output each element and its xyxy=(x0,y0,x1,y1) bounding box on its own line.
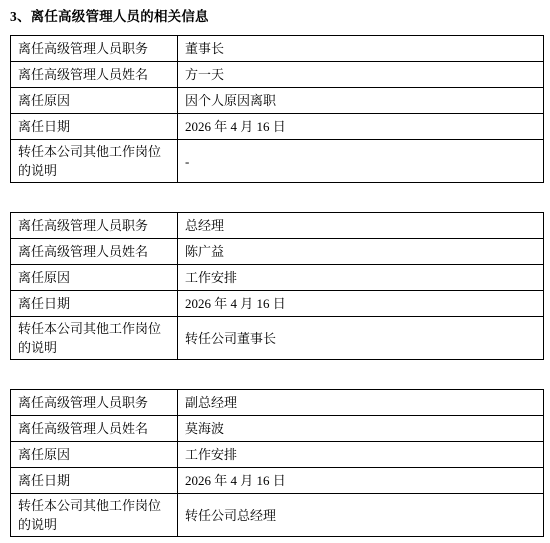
row-value: 莫海波 xyxy=(178,416,544,442)
row-value: 工作安排 xyxy=(178,442,544,468)
table-row: 离任日期 2026 年 4 月 16 日 xyxy=(11,291,544,317)
table-row: 离任高级管理人员姓名 陈广益 xyxy=(11,239,544,265)
table-row: 离任原因 因个人原因离职 xyxy=(11,88,544,114)
row-label: 离任原因 xyxy=(11,265,178,291)
section-title: 3、离任高级管理人员的相关信息 xyxy=(10,8,543,25)
row-value: 陈广益 xyxy=(178,239,544,265)
document-page: 3、离任高级管理人员的相关信息 离任高级管理人员职务 董事长 离任高级管理人员姓… xyxy=(0,0,550,537)
row-value: 转任公司总经理 xyxy=(178,494,544,537)
row-label: 离任高级管理人员姓名 xyxy=(11,62,178,88)
row-label: 离任高级管理人员职务 xyxy=(11,213,178,239)
row-value: 2026 年 4 月 16 日 xyxy=(178,468,544,494)
row-value: 2026 年 4 月 16 日 xyxy=(178,114,544,140)
row-label: 离任日期 xyxy=(11,114,178,140)
row-label: 离任原因 xyxy=(11,88,178,114)
row-label: 离任高级管理人员职务 xyxy=(11,36,178,62)
row-label: 离任日期 xyxy=(11,468,178,494)
table-row: 转任本公司其他工作岗位的说明 - xyxy=(11,140,544,183)
table-row: 离任原因 工作安排 xyxy=(11,265,544,291)
table-row: 转任本公司其他工作岗位的说明 转任公司总经理 xyxy=(11,494,544,537)
table-row: 离任原因 工作安排 xyxy=(11,442,544,468)
row-value: 董事长 xyxy=(178,36,544,62)
departure-info-table-3: 离任高级管理人员职务 副总经理 离任高级管理人员姓名 莫海波 离任原因 工作安排… xyxy=(10,389,544,537)
departure-info-table-1: 离任高级管理人员职务 董事长 离任高级管理人员姓名 方一天 离任原因 因个人原因… xyxy=(10,35,544,183)
row-label: 离任原因 xyxy=(11,442,178,468)
row-value: 副总经理 xyxy=(178,390,544,416)
table-row: 离任日期 2026 年 4 月 16 日 xyxy=(11,468,544,494)
table-row: 离任高级管理人员职务 总经理 xyxy=(11,213,544,239)
row-value: 工作安排 xyxy=(178,265,544,291)
table-row: 离任日期 2026 年 4 月 16 日 xyxy=(11,114,544,140)
row-label: 转任本公司其他工作岗位的说明 xyxy=(11,140,178,183)
row-label: 离任日期 xyxy=(11,291,178,317)
row-value: 2026 年 4 月 16 日 xyxy=(178,291,544,317)
row-value: 总经理 xyxy=(178,213,544,239)
row-label: 离任高级管理人员职务 xyxy=(11,390,178,416)
row-value: 因个人原因离职 xyxy=(178,88,544,114)
row-label: 离任高级管理人员姓名 xyxy=(11,416,178,442)
row-value: - xyxy=(178,140,544,183)
row-label: 离任高级管理人员姓名 xyxy=(11,239,178,265)
table-row: 离任高级管理人员姓名 方一天 xyxy=(11,62,544,88)
row-label: 转任本公司其他工作岗位的说明 xyxy=(11,494,178,537)
table-row: 离任高级管理人员职务 董事长 xyxy=(11,36,544,62)
departure-info-table-2: 离任高级管理人员职务 总经理 离任高级管理人员姓名 陈广益 离任原因 工作安排 … xyxy=(10,212,544,360)
row-value: 转任公司董事长 xyxy=(178,317,544,360)
table-row: 离任高级管理人员姓名 莫海波 xyxy=(11,416,544,442)
table-row: 离任高级管理人员职务 副总经理 xyxy=(11,390,544,416)
row-value: 方一天 xyxy=(178,62,544,88)
row-label: 转任本公司其他工作岗位的说明 xyxy=(11,317,178,360)
table-row: 转任本公司其他工作岗位的说明 转任公司董事长 xyxy=(11,317,544,360)
